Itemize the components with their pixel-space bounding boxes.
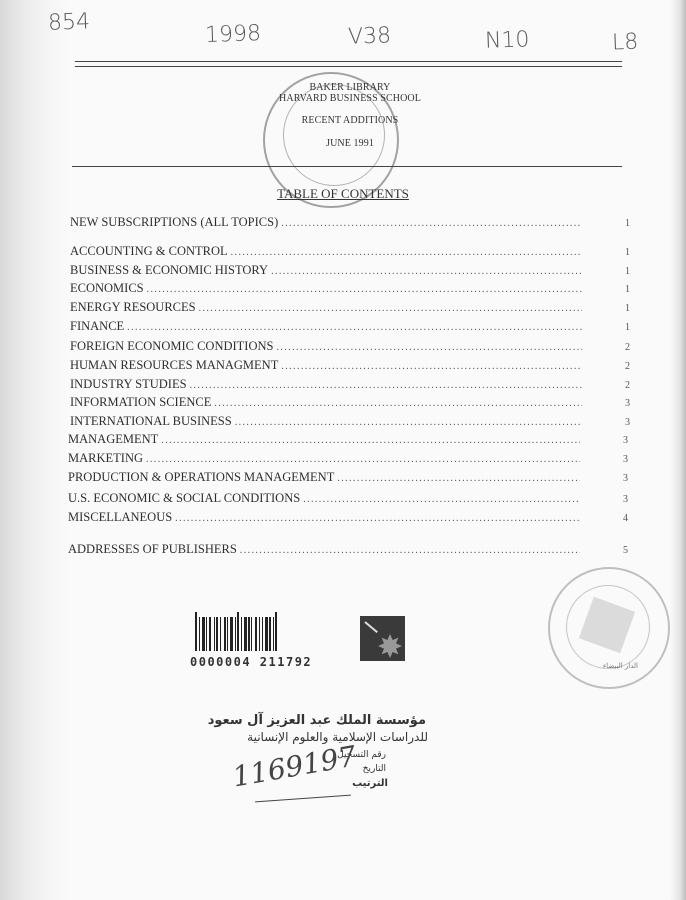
toc-entry-page: 4 (610, 513, 628, 524)
toc-leader-dots: ........................................… (240, 545, 580, 556)
toc-entry-page: 3 (610, 473, 628, 484)
toc-leader-dots: ........................................… (146, 454, 580, 465)
stamp-order-label: الترتيب (352, 778, 388, 789)
toc-leader-dots: ........................................… (303, 494, 580, 505)
toc-entry-label: INFORMATION SCIENCE (70, 395, 214, 410)
toc-entry-label: ACCOUNTING & CONTROL (70, 244, 231, 259)
barcode (195, 617, 345, 651)
toc-entry: BUSINESS & ECONOMIC HISTORY.............… (70, 263, 630, 279)
toc-leader-dots: ........................................… (231, 247, 582, 258)
toc-entry-label: ADDRESSES OF PUBLISHERS (68, 542, 240, 557)
header-library: BAKER LIBRARY (260, 82, 440, 93)
toc-entry: ENERGY RESOURCES........................… (70, 300, 630, 316)
toc-leader-dots: ........................................… (175, 513, 580, 524)
toc-entry-label: MISCELLANEOUS (68, 510, 175, 525)
toc-leader-dots: ........................................… (127, 322, 582, 333)
toc-leader-dots: ........................................… (276, 342, 582, 353)
toc-leader-dots: ........................................… (147, 284, 582, 295)
toc-entry-page: 3 (612, 417, 630, 428)
toc-entry-label: NEW SUBSCRIPTIONS (ALL TOPICS) (70, 215, 281, 230)
toc-entry: MISCELLANEOUS...........................… (68, 510, 628, 526)
toc-leader-dots: ........................................… (235, 417, 582, 428)
toc-entry-label: MARKETING (68, 451, 146, 466)
toc-entry-label: FOREIGN ECONOMIC CONDITIONS (70, 339, 276, 354)
toc-leader-dots: ........................................… (271, 266, 582, 277)
toc-entry: ACCOUNTING & CONTROL....................… (70, 244, 630, 260)
handwritten-registration-number: 1169197 (230, 739, 359, 793)
toc-leader-dots: ........................................… (214, 398, 582, 409)
toc-entry-page: 3 (610, 435, 628, 446)
toc-entry-label: ECONOMICS (70, 281, 147, 296)
toc-entry: INFORMATION SCIENCE.....................… (70, 395, 630, 411)
toc-leader-dots: ........................................… (281, 361, 582, 372)
toc-title: TABLE OF CONTENTS (0, 186, 686, 202)
toc-entry-page: 1 (612, 218, 630, 229)
toc-entry: MARKETING...............................… (68, 451, 628, 467)
toc-entry: FOREIGN ECONOMIC CONDITIONS.............… (70, 339, 630, 355)
toc-entry-label: PRODUCTION & OPERATIONS MANAGEMENT (68, 470, 337, 485)
header-school: HARVARD BUSINESS SCHOOL (240, 93, 460, 104)
toc-entry-page: 5 (610, 545, 628, 556)
toc-entry-page: 3 (610, 454, 628, 465)
handwritten-mark: 854 (48, 9, 91, 35)
toc-entry-label: HUMAN RESOURCES MANAGMENT (70, 358, 281, 373)
toc-entry: PRODUCTION & OPERATIONS MANAGEMENT......… (68, 470, 628, 486)
toc-entry-page: 3 (610, 494, 628, 505)
toc-entry-page: 1 (612, 322, 630, 333)
toc-entry-page: 2 (612, 361, 630, 372)
toc-entry-label: INTERNATIONAL BUSINESS (70, 414, 235, 429)
toc-entry-label: ENERGY RESOURCES (70, 300, 199, 315)
header-rule-bottom (75, 66, 622, 67)
toc-entry-label: INDUSTRY STUDIES (70, 377, 190, 392)
signature-underline (255, 795, 351, 803)
stamp-date-label: التاريخ (363, 764, 386, 774)
header-date: JUNE 1991 (260, 138, 440, 149)
toc-entry-page: 1 (612, 303, 630, 314)
logo-slash-icon (364, 621, 378, 633)
toc-entry-page: 1 (612, 266, 630, 277)
toc-entry: NEW SUBSCRIPTIONS (ALL TOPICS)..........… (70, 215, 630, 231)
header-rule-top (75, 61, 622, 62)
toc-entry-page: 3 (612, 398, 630, 409)
toc-entry: INTERNATIONAL BUSINESS..................… (70, 414, 630, 430)
toc-entry: MANAGEMENT..............................… (68, 432, 628, 448)
toc-leader-dots: ........................................… (281, 218, 582, 229)
toc-entry-label: U.S. ECONOMIC & SOCIAL CONDITIONS (68, 491, 303, 506)
toc-leader-dots: ........................................… (337, 473, 580, 484)
toc-entry-label: FINANCE (70, 319, 127, 334)
toc-entry: ADDRESSES OF PUBLISHERS.................… (68, 542, 628, 558)
toc-entry-label: MANAGEMENT (68, 432, 161, 447)
toc-entry-page: 1 (612, 284, 630, 295)
header-recent-additions: RECENT ADDITIONS (260, 115, 440, 126)
handwritten-mark: N10 (485, 27, 530, 54)
toc-leader-dots: ........................................… (199, 303, 582, 314)
toc-leader-dots: ........................................… (190, 380, 582, 391)
handwritten-mark: 1998 (205, 21, 262, 48)
toc-entry: U.S. ECONOMIC & SOCIAL CONDITIONS.......… (68, 491, 628, 507)
handwritten-mark: L8 (612, 30, 639, 56)
round-stamp-bottom-text: الدار البيضاء (603, 662, 638, 670)
toc-entry: FINANCE.................................… (70, 319, 630, 335)
stamp-institution-name: مؤسسة الملك عبد العزيز آل سعود (208, 713, 426, 728)
toc-entry-page: 1 (612, 247, 630, 258)
header-rule-lower (72, 166, 622, 167)
toc-entry-page: 2 (612, 380, 630, 391)
toc-entry: INDUSTRY STUDIES........................… (70, 377, 630, 393)
toc-entry-page: 2 (612, 342, 630, 353)
institution-logo (360, 616, 405, 661)
handwritten-mark: V38 (348, 23, 392, 49)
toc-leader-dots: ........................................… (161, 435, 580, 446)
logo-star-icon (378, 634, 402, 658)
toc-entry-label: BUSINESS & ECONOMIC HISTORY (70, 263, 271, 278)
toc-entry: HUMAN RESOURCES MANAGMENT...............… (70, 358, 630, 374)
barcode-number: 0000004 211792 (190, 655, 312, 669)
toc-entry: ECONOMICS...............................… (70, 281, 630, 297)
